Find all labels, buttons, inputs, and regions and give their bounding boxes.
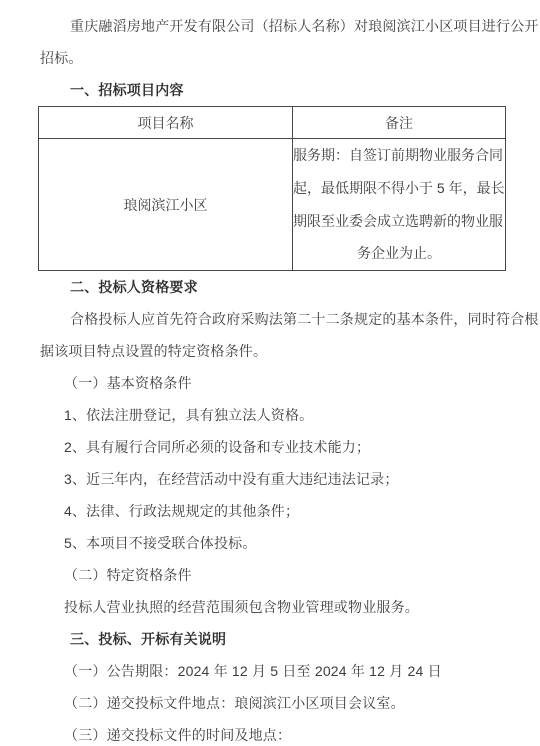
remark-line-1: 服务期：自签订前期物业服务合同 <box>293 139 505 172</box>
specific-conditions-heading: （二）特定资格条件 <box>40 559 502 591</box>
basic-item-1: 1、依法注册登记，具有独立法人资格。 <box>40 399 502 431</box>
section3-heading: 三、投标、开标有关说明 <box>40 623 502 655</box>
section3-item-1: （一）公告期限：2024 年 12 月 5 日至 2024 年 12 月 24 … <box>40 655 502 687</box>
basic-item-3: 3、近三年内，在经营活动中没有重大违纪违法记录； <box>40 463 502 495</box>
table-header-project-name: 项目名称 <box>39 107 293 139</box>
intro-paragraph: 重庆融滔房地产开发有限公司（招标人名称）对琅阅滨江小区项目进行公开 招标。 <box>40 10 502 74</box>
intro-line-2: 招标。 <box>40 42 502 74</box>
remark-line-2: 起，最低期限不得小于 5 年，最长 <box>293 172 505 205</box>
basic-item-2: 2、具有履行合同所必须的设备和专业技术能力； <box>40 431 502 463</box>
basic-item-5: 5、本项目不接受联合体投标。 <box>40 527 502 559</box>
table-header-row: 项目名称 备注 <box>39 107 506 139</box>
tender-project-table: 项目名称 备注 琅阅滨江小区 服务期：自签订前期物业服务合同 起，最低期限不得小… <box>38 106 506 271</box>
section3-item-2: （二）递交投标文件地点：琅阅滨江小区项目会议室。 <box>40 687 502 719</box>
remark-line-3: 期限至业委会成立选聘新的物业服 <box>293 205 505 238</box>
remark-line-4: 务企业为止。 <box>293 237 505 270</box>
table-row: 琅阅滨江小区 服务期：自签订前期物业服务合同 起，最低期限不得小于 5 年，最长… <box>39 139 506 271</box>
project-name-cell: 琅阅滨江小区 <box>39 139 293 271</box>
remark-cell: 服务期：自签订前期物业服务合同 起，最低期限不得小于 5 年，最长 期限至业委会… <box>293 139 506 271</box>
document-page: 重庆融滔房地产开发有限公司（招标人名称）对琅阅滨江小区项目进行公开 招标。 一、… <box>0 0 540 746</box>
section2-intro-line-2: 据该项目特点设置的特定资格条件。 <box>40 335 502 367</box>
section2-intro-paragraph: 合格投标人应首先符合政府采购法第二十二条规定的基本条件，同时符合根 据该项目特点… <box>40 303 502 367</box>
basic-item-4: 4、法律、行政法规规定的其他条件； <box>40 495 502 527</box>
section1-heading: 一、招标项目内容 <box>40 74 502 106</box>
basic-conditions-heading: （一）基本资格条件 <box>40 367 502 399</box>
section3-item-3: （三）递交投标文件的时间及地点： <box>40 719 502 746</box>
section2-heading: 二、投标人资格要求 <box>40 271 502 303</box>
section2-intro-line-1: 合格投标人应首先符合政府采购法第二十二条规定的基本条件，同时符合根 <box>40 303 502 335</box>
intro-line-1: 重庆融滔房地产开发有限公司（招标人名称）对琅阅滨江小区项目进行公开 <box>40 10 502 42</box>
table-header-remark: 备注 <box>293 107 506 139</box>
specific-conditions-text: 投标人营业执照的经营范围须包含物业管理或物业服务。 <box>40 591 502 623</box>
